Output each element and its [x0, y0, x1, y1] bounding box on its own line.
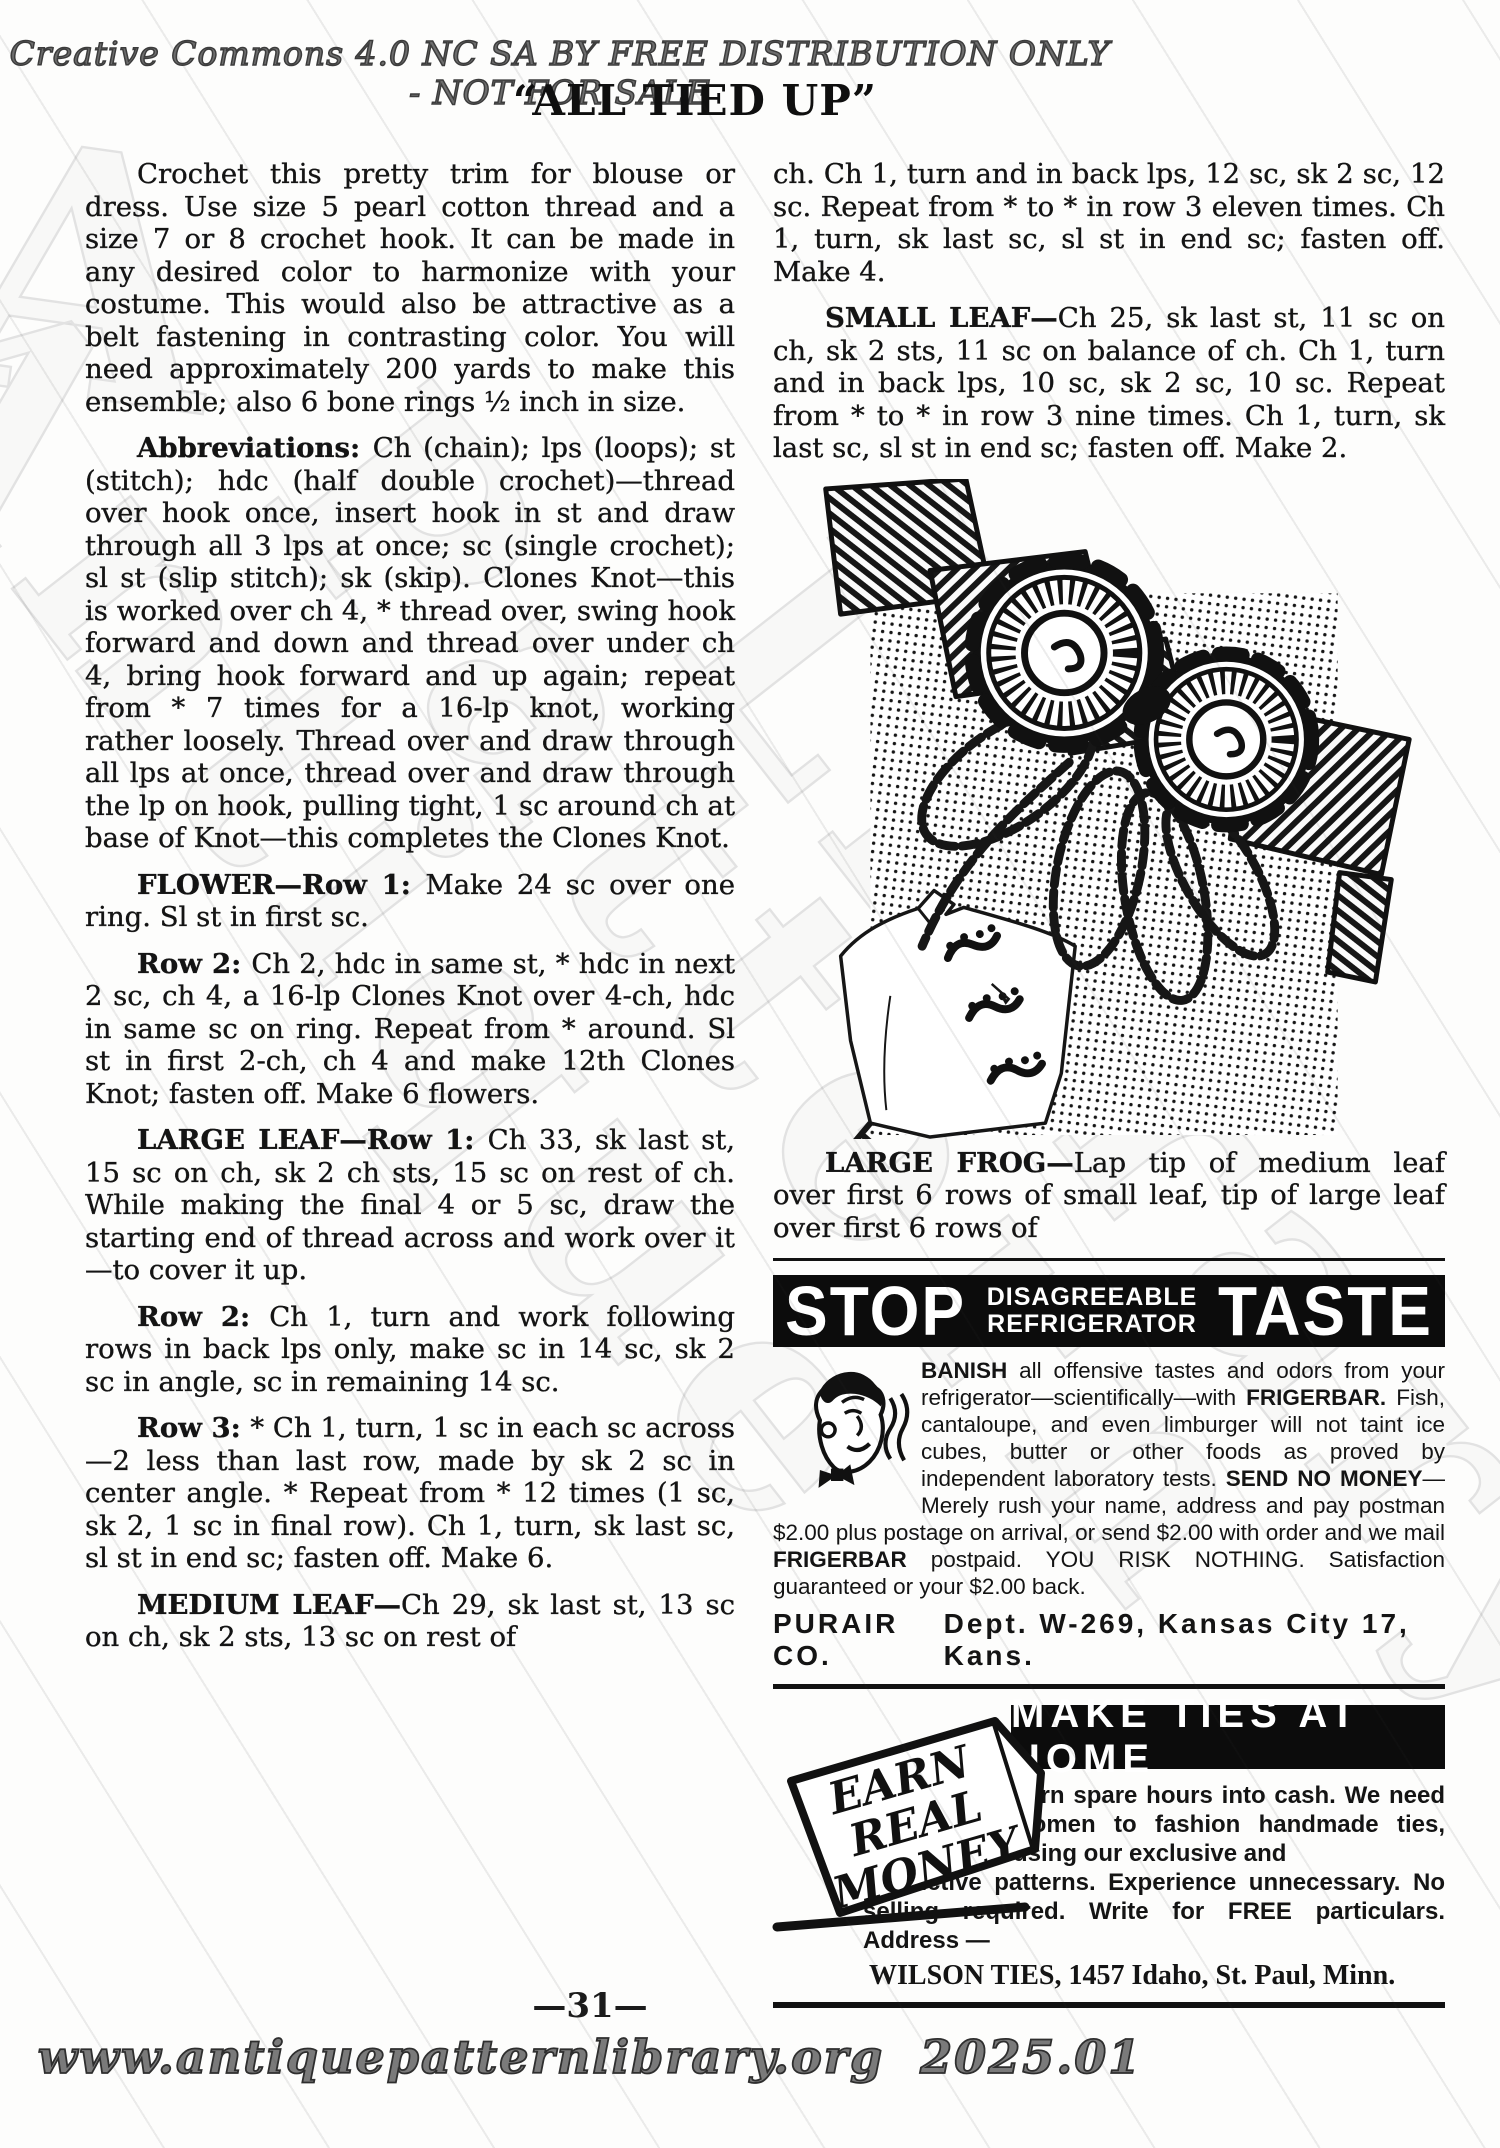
- page-number: —31—: [0, 1986, 1180, 2026]
- paragraph-text: Ch (chain); lps (loops); st (stitch); hd…: [85, 432, 735, 854]
- frigerbar-disagreeable-label: DISAGREEABLE: [987, 1284, 1198, 1311]
- frigerbar-ad-banner: STOP DISAGREEABLE REFRIGERATOR TASTE: [773, 1275, 1445, 1347]
- paragraph-lead: FLOWER—Row 1:: [137, 869, 426, 901]
- ad-bold-frigerbar: FRIGERBAR: [773, 1547, 907, 1572]
- mans-face-icon: [773, 1357, 911, 1507]
- paragraph-lead: LARGE LEAF—Row 1:: [137, 1124, 488, 1156]
- make-ties-banner: MAKE TIES AT HOME: [1011, 1705, 1445, 1769]
- rosette-icon: [1140, 653, 1312, 825]
- paragraph-medium-leaf-continued: ch. Ch 1, turn and in back lps, 12 sc, s…: [773, 158, 1445, 288]
- purair-dept-label: Dept. W-269, Kansas City 17, Kans.: [944, 1608, 1441, 1672]
- frigerbar-taste-label: TASTE: [1218, 1276, 1433, 1345]
- paragraph-large-frog: LARGE FROG—Lap tip of medium leaf over f…: [773, 1147, 1445, 1245]
- paragraph-text: ch. Ch 1, turn and in back lps, 12 sc, s…: [773, 158, 1445, 288]
- paragraph-large-leaf-row2: Row 2: Ch 1, turn and work following row…: [85, 1301, 735, 1399]
- frigerbar-mid-labels: DISAGREEABLE REFRIGERATOR: [987, 1284, 1198, 1338]
- right-column: ch. Ch 1, turn and in back lps, 12 sc, s…: [773, 158, 1445, 2008]
- paragraph-lead: Row 2:: [137, 1301, 269, 1333]
- paragraph-text: Crochet this pretty trim for blouse or d…: [85, 158, 735, 418]
- paragraph-lead: LARGE FROG—: [825, 1147, 1074, 1179]
- left-column: Crochet this pretty trim for blouse or d…: [85, 158, 735, 1668]
- ad-bold-frigerbar: FRIGERBAR.: [1246, 1385, 1386, 1410]
- paragraph-lead: Abbreviations:: [137, 432, 373, 464]
- wilson-ties-ad: EARN REAL MONEY MAKE TIES AT HOME Turn s…: [773, 1705, 1445, 2008]
- paragraph-large-leaf-row3: Row 3: * Ch 1, turn, 1 sc in each sc acr…: [85, 1412, 735, 1575]
- crochet-frog-illustration: [771, 479, 1447, 1139]
- scanned-pattern-page: A Antique Pattern Library Creative Commo…: [0, 0, 1500, 2148]
- paragraph-small-leaf: SMALL LEAF—Ch 25, sk last st, 11 sc on c…: [773, 302, 1445, 465]
- ad-bold-send-no-money: SEND NO MONEY: [1226, 1466, 1423, 1491]
- frigerbar-company-line: PURAIR CO. Dept. W-269, Kansas City 17, …: [773, 1608, 1445, 1672]
- frigerbar-refrigerator-label: REFRIGERATOR: [987, 1311, 1198, 1338]
- frigerbar-stop-label: STOP: [785, 1276, 966, 1345]
- paragraph-lead: Row 3:: [137, 1412, 250, 1444]
- paragraph-large-leaf-row1: LARGE LEAF—Row 1: Ch 33, sk last st, 15 …: [85, 1124, 735, 1287]
- page-title: “ALL TIED UP”: [0, 76, 1390, 125]
- ties-body-indented: Turn spare hours into cash. We need wome…: [1013, 1781, 1445, 1868]
- footer-url: www.antiquepatternlibrary.org 2025.01: [0, 2030, 1180, 2084]
- paragraph-flower-row2: Row 2: Ch 2, hdc in same st, * hdc in ne…: [85, 948, 735, 1111]
- earn-real-money-badge: EARN REAL MONEY: [763, 1701, 1063, 1936]
- paragraph-abbreviations: Abbreviations: Ch (chain); lps (loops); …: [85, 432, 735, 855]
- ad-bold-banish: BANISH: [921, 1358, 1007, 1383]
- paragraph-lead: Row 2:: [137, 948, 251, 980]
- paragraph-lead: MEDIUM LEAF—: [137, 1589, 401, 1621]
- ad-divider: [773, 1684, 1445, 1689]
- paragraph-medium-leaf: MEDIUM LEAF—Ch 29, sk last st, 13 sc on …: [85, 1589, 735, 1654]
- paragraph-flower-row1: FLOWER—Row 1: Make 24 sc over one ring. …: [85, 869, 735, 934]
- frigerbar-ad-body: BANISH all offensive tastes and odors fr…: [773, 1357, 1445, 1600]
- paragraph-intro: Crochet this pretty trim for blouse or d…: [85, 158, 735, 418]
- frigerbar-ad: STOP DISAGREEABLE REFRIGERATOR TASTE: [773, 1275, 1445, 1689]
- purair-co-label: PURAIR CO.: [773, 1608, 944, 1672]
- paragraph-lead: SMALL LEAF—: [825, 302, 1058, 334]
- section-divider: [773, 1258, 1445, 1261]
